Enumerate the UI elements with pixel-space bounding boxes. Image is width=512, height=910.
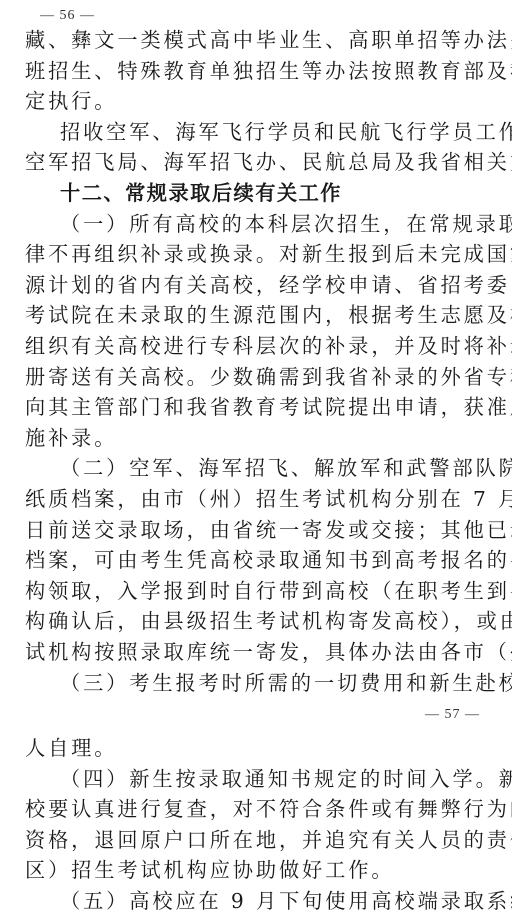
text-line: 册寄送有关高校。少数确需到我省补录的外省专科层次高校，须 xyxy=(25,365,489,389)
text-line: （四）新生按录取通知书规定的时间入学。新生入学后，学 xyxy=(60,767,489,791)
text-line: （一）所有高校的本科层次招生，在常规录取工作结束后一 xyxy=(60,212,489,236)
page-number-bottom: — 57 — xyxy=(425,707,480,723)
text-line: 档案，可由考生凭高校录取通知书到高考报名的县级招生考试机 xyxy=(25,548,489,572)
text-line: 组织有关高校进行专科层次的补录，并及时将补录考生的录取名 xyxy=(25,334,489,358)
text-line: 施补录。 xyxy=(25,426,489,450)
text-line: 日前送交录取场，由省统一寄发或交接；其他已录取考生的纸质 xyxy=(25,518,489,542)
text-line: 纸质档案，由市（州）招生考试机构分别在 7 月 11 日和 7 月 25 xyxy=(25,487,489,511)
text-line: 招收空军、海军飞行学员和民航飞行学员工作，按照教育部、 xyxy=(60,120,489,144)
text-line: （三）考生报考时所需的一切费用和新生赴校路费，均由本 xyxy=(60,671,489,695)
text-line: 区）招生考试机构应协助做好工作。 xyxy=(25,858,489,882)
text-line: 班招生、特殊教育单独招生等办法按照教育部及我省有关文件规 xyxy=(25,59,489,83)
text-line: 律不再组织补录或换录。对新生报到后未完成国家下达的专科生 xyxy=(25,242,489,266)
text-line: 向其主管部门和我省教育考试院提出申请，获准后方可在我省实 xyxy=(25,395,489,419)
text-line: 考试院在未录取的生源范围内，根据考生志愿及相关录取要求， xyxy=(25,303,489,327)
text-line: 源计划的省内有关高校，经学校申请、省招考委同意，由省教育 xyxy=(25,273,489,297)
text-line: 校要认真进行复查，对不符合条件或有舞弊行为的，取消其入学 xyxy=(25,797,489,821)
text-line: 试机构按照录取库统一寄发，具体办法由各市（州）自行确定。 xyxy=(25,640,489,664)
text-line: 构领取，入学报到时自行带到高校（在职考生到县级招生考试机 xyxy=(25,579,489,603)
text-line: 构确认后，由县级招生考试机构寄发高校），或由市、县招生考 xyxy=(25,609,489,633)
text-line: （二）空军、海军招飞、解放军和武警部队院校录取考生的 xyxy=(60,456,489,480)
text-line: 空军招飞局、海军招飞办、民航总局及我省相关文件规定执行。 xyxy=(25,150,489,174)
text-line: 人自理。 xyxy=(25,736,489,760)
page-number-top: — 56 — xyxy=(40,8,95,24)
text-line: 藏、彝文一类模式高中毕业生、高职单招等办法另文规定，少年 xyxy=(25,28,489,52)
text-line: 资格，退回原户口所在地，并追究有关人员的责任，有关县（市、 xyxy=(25,828,489,852)
text-line: 定执行。 xyxy=(25,89,489,113)
section-heading: 十二、常规录取后续有关工作 xyxy=(60,181,489,205)
text-line: （五）高校应在 9 月下旬使用高校端录取系统下载本校的最 xyxy=(60,889,489,910)
